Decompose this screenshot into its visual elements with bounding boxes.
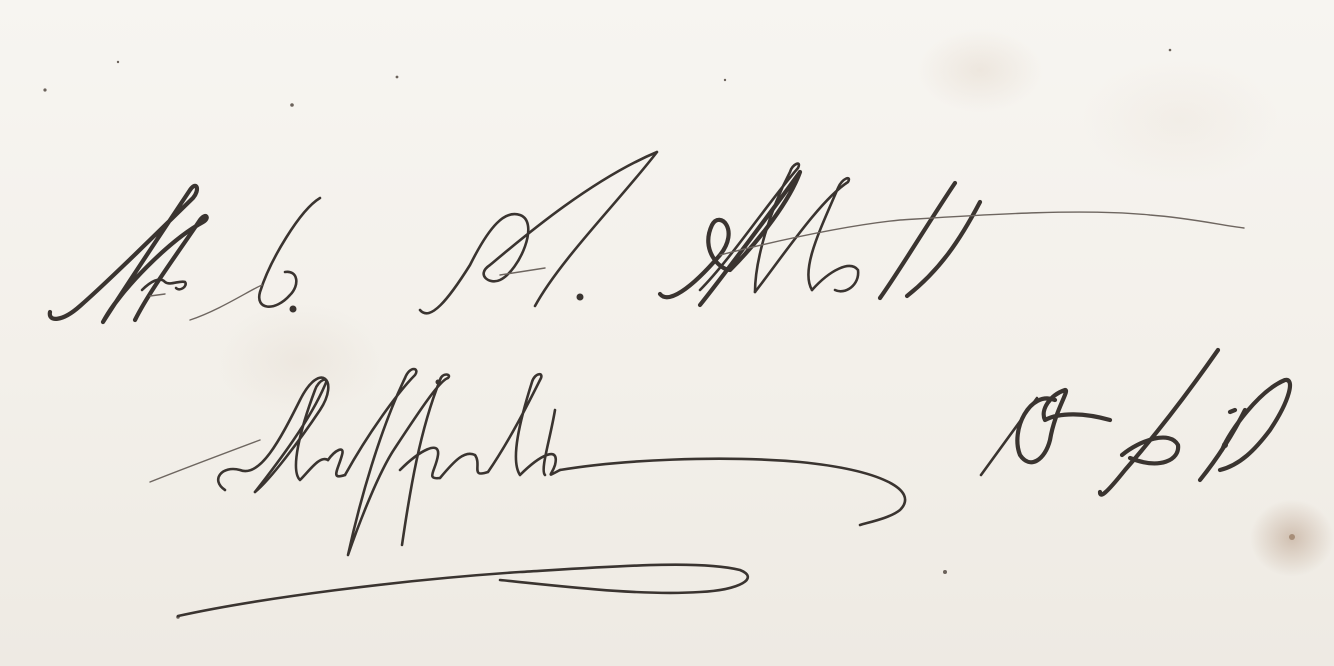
letter-M	[50, 186, 207, 322]
letter-C	[259, 198, 320, 307]
letter-e1	[328, 450, 345, 477]
letter-A	[420, 152, 657, 313]
letter-tt	[880, 183, 980, 298]
line1-signature	[50, 152, 657, 322]
line2-place	[150, 369, 905, 616]
letter-h	[255, 380, 328, 492]
paper-background: Mrs C. A. Allott Sheffield 1860	[0, 0, 1334, 666]
letter-ff	[345, 369, 449, 555]
digit-0	[1200, 380, 1290, 480]
year-1860	[981, 350, 1290, 495]
digit-6	[1100, 350, 1218, 495]
handwriting	[0, 0, 1334, 666]
flourish-tail	[560, 459, 905, 525]
letter-l2	[755, 178, 849, 292]
paper-specks	[43, 49, 1295, 619]
letter-S	[218, 378, 328, 492]
letters-rs	[142, 280, 186, 290]
letter-o	[812, 266, 858, 291]
underline-flourish	[178, 565, 748, 616]
surname-allott	[660, 164, 1244, 305]
letter-l1	[700, 164, 799, 292]
digit-8	[1017, 390, 1110, 462]
